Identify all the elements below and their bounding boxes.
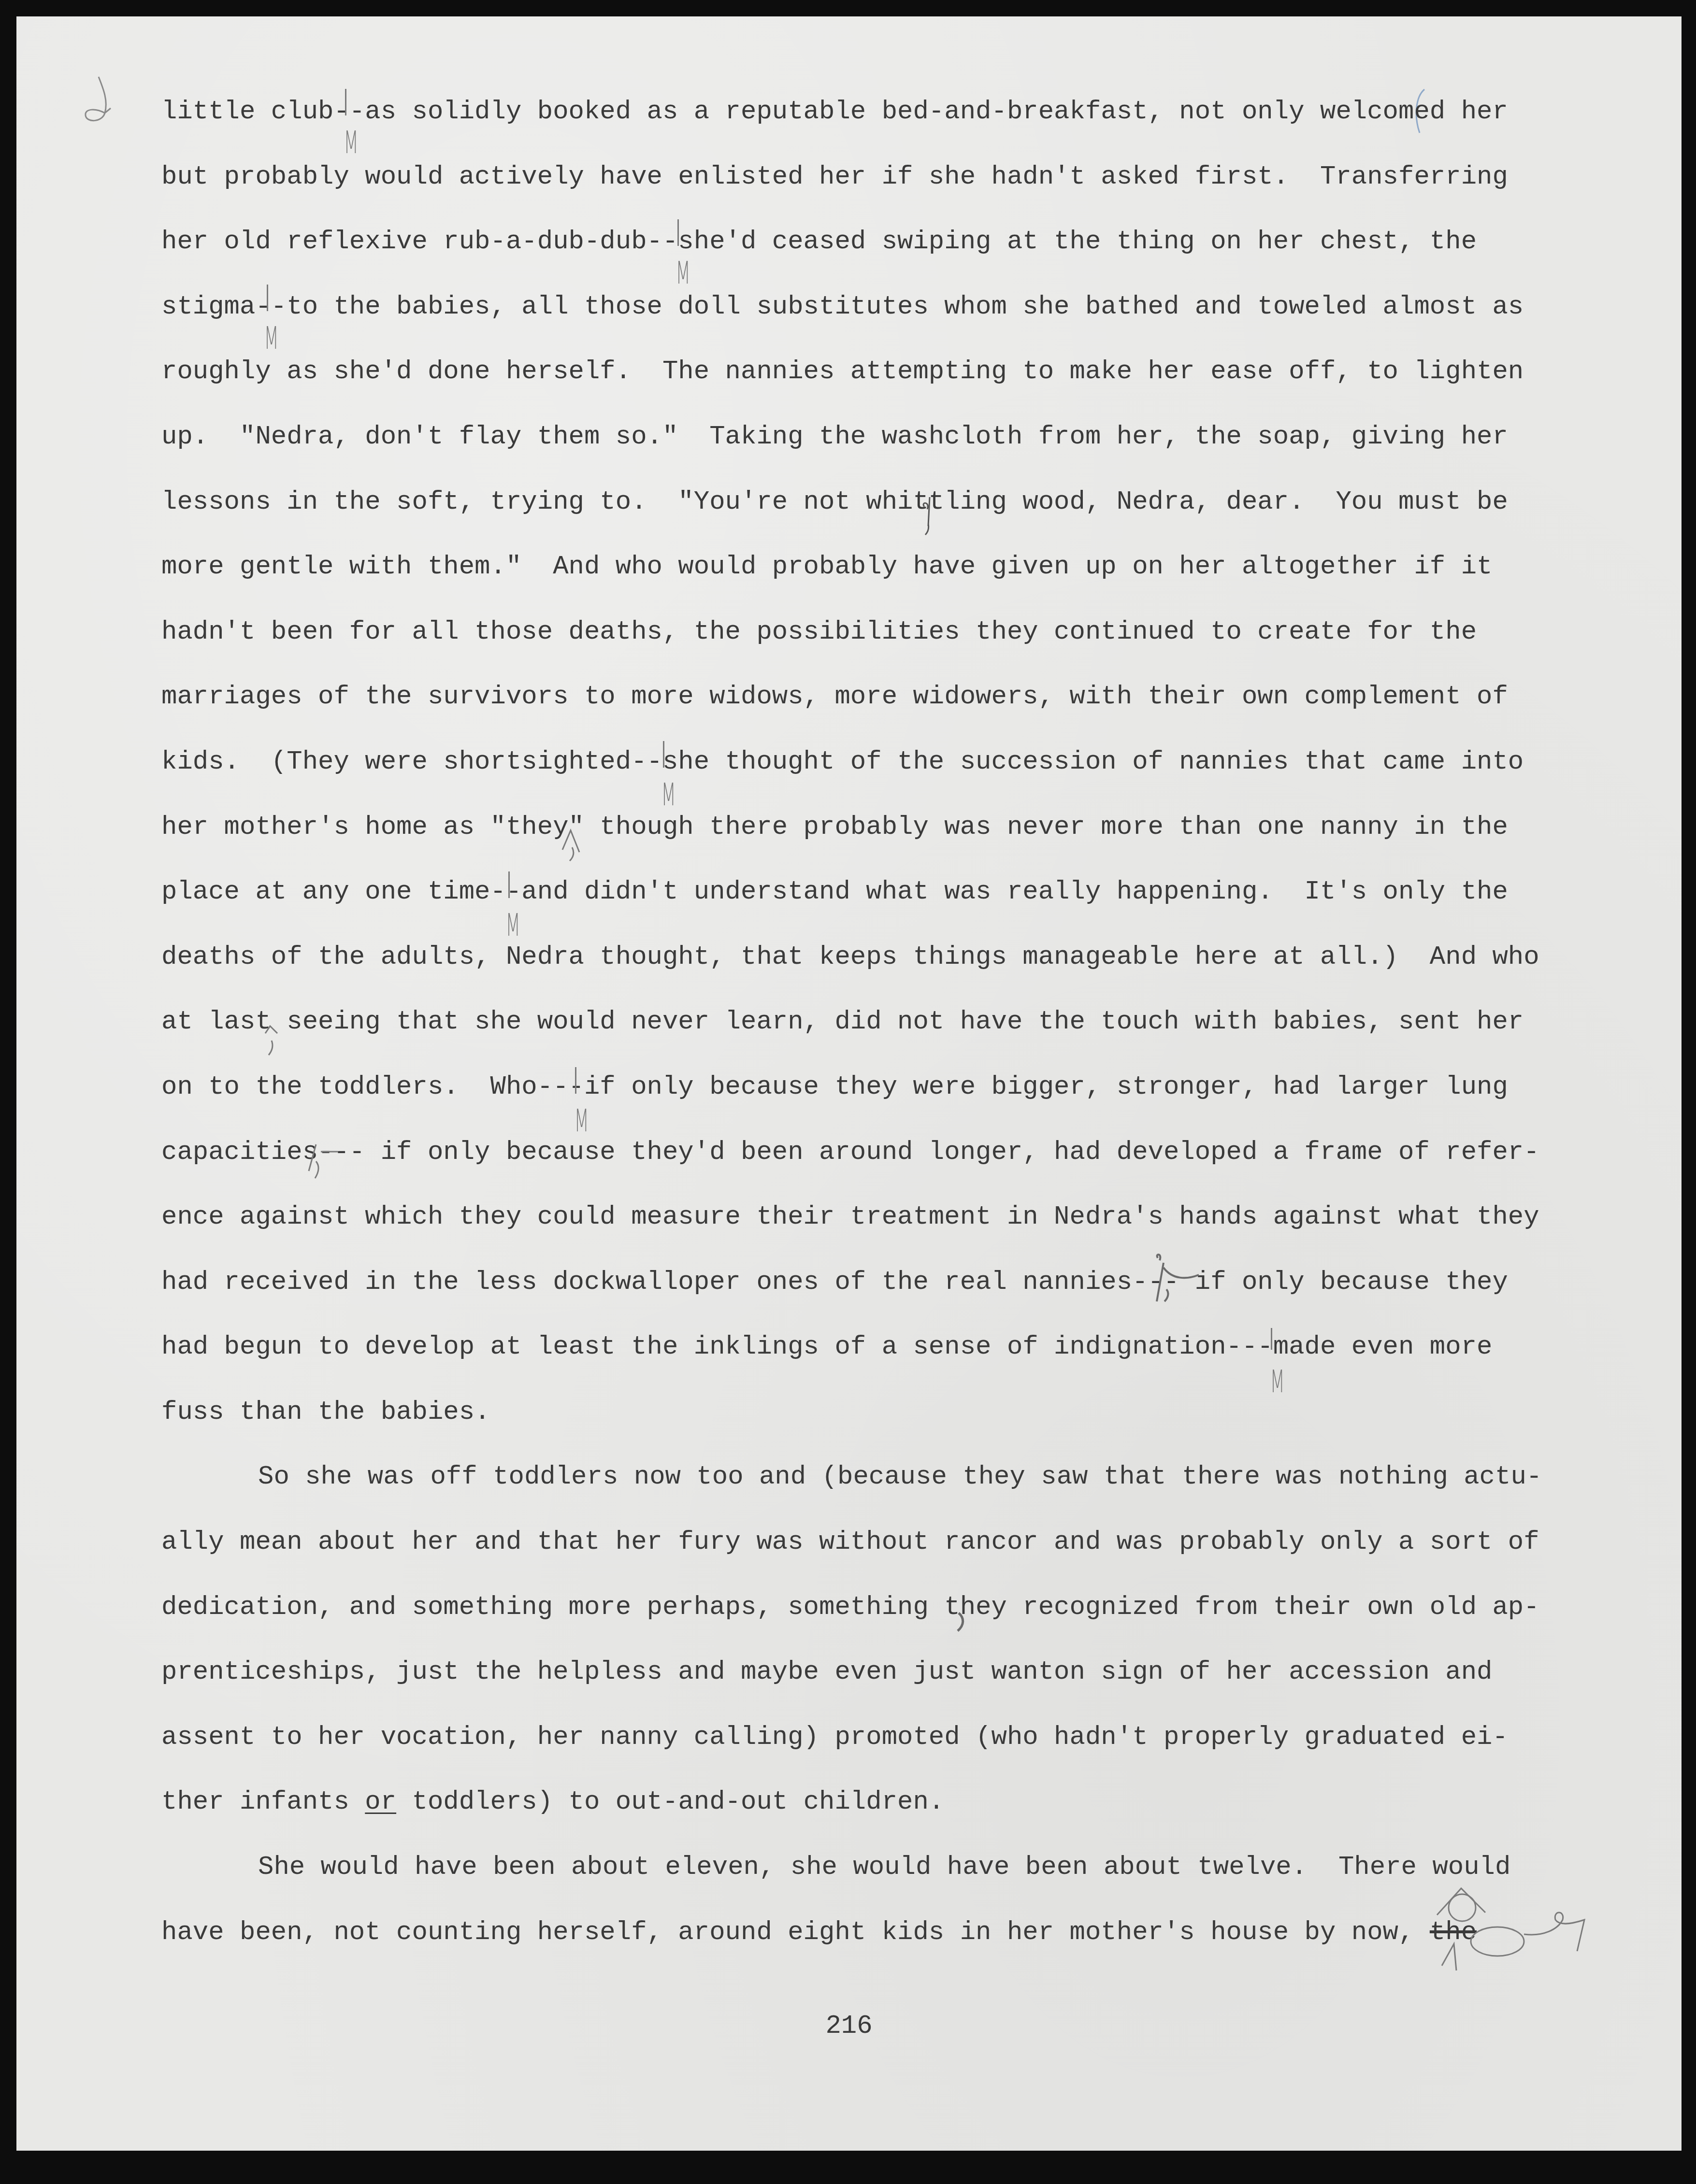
proof-bar-mark — [508, 871, 510, 898]
manuscript-line: had received in the less dockwalloper on… — [161, 1268, 1592, 1333]
manuscript-line: roughly as she'd done herself. The nanni… — [161, 357, 1592, 423]
manuscript-line: prenticeships, just the helpless and may… — [161, 1658, 1592, 1723]
manuscript-line: more gentle with them." And who would pr… — [161, 553, 1592, 618]
manuscript-line: up. "Nedra, don't flay them so." Taking … — [161, 423, 1592, 488]
proof-bar-mark — [267, 285, 268, 311]
manuscript-line: dedication, and something more perhaps, … — [161, 1593, 1592, 1658]
underlined-word: or — [365, 1787, 396, 1817]
manuscript-line: stigma--to the babies, all those doll su… — [161, 293, 1592, 358]
manuscript-line: have been, not counting herself, around … — [161, 1918, 1592, 1984]
manuscript-line: place at any one time--and didn't unders… — [161, 878, 1592, 943]
manuscript-line: her old reflexive rub-a-dub-dub--she'd c… — [161, 228, 1592, 293]
manuscript-line: fuss than the babies. — [161, 1398, 1592, 1463]
proof-bar-mark — [1271, 1328, 1272, 1350]
proof-bar-mark — [575, 1067, 576, 1094]
manuscript-line: marriages of the survivors to more widow… — [161, 683, 1592, 748]
margin-annotation-icon — [77, 74, 115, 128]
manuscript-line: little club--as solidly booked as a repu… — [161, 98, 1592, 163]
page-number: 216 — [16, 2012, 1682, 2041]
proof-bar-mark — [663, 741, 664, 768]
manuscript-line: had begun to develop at least the inklin… — [161, 1333, 1592, 1398]
proof-bar-mark — [677, 219, 679, 246]
manuscript-line: assent to her vocation, her nanny callin… — [161, 1723, 1592, 1788]
manuscript-line: at last seeing that she would never lear… — [161, 1008, 1592, 1073]
manuscript-line: deaths of the adults, Nedra thought, tha… — [161, 943, 1592, 1008]
manuscript-line: her mother's home as "they" though there… — [161, 813, 1592, 878]
manuscript-line: ther infants or toddlers) to out-and-out… — [161, 1788, 1592, 1853]
delete-and-insert-mark-icon — [1432, 1886, 1592, 1973]
manuscript-line: capacities--- if only because they'd bee… — [161, 1138, 1592, 1203]
manuscript-text: little club--as solidly booked as a repu… — [161, 98, 1592, 1983]
manuscript-line: So she was off toddlers now too and (bec… — [161, 1463, 1592, 1528]
manuscript-line: ence against which they could measure th… — [161, 1203, 1592, 1268]
manuscript-line: hadn't been for all those deaths, the po… — [161, 618, 1592, 683]
proof-bar-mark — [345, 89, 346, 115]
manuscript-line: lessons in the soft, trying to. "You're … — [161, 488, 1592, 553]
manuscript-line: She would have been about eleven, she wo… — [161, 1853, 1592, 1918]
manuscript-line: but probably would actively have enliste… — [161, 163, 1592, 228]
manuscript-line: kids. (They were shortsighted--she thoug… — [161, 748, 1592, 813]
manuscript-line: ally mean about her and that her fury wa… — [161, 1528, 1592, 1593]
manuscript-line: on to the toddlers. Who---if only becaus… — [161, 1073, 1592, 1138]
manuscript-page: little club--as solidly booked as a repu… — [16, 16, 1682, 2151]
